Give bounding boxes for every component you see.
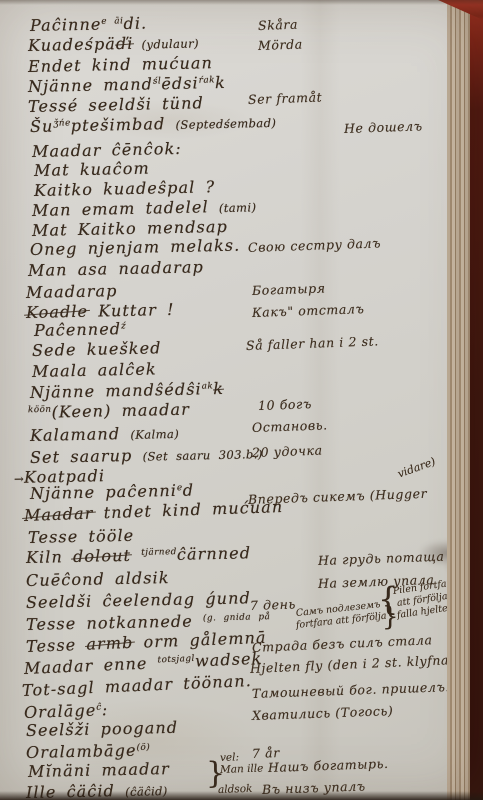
manuscript-photo: Paĉinnee āidi.SkåraKuadeśpäďi (ydulaur)M… bbox=[0, 0, 483, 800]
gloss-text: Så faller han i 2 st. bbox=[246, 333, 379, 353]
sami-text-segment: Tessé seeldši tünd bbox=[28, 93, 204, 116]
sami-text-segment bbox=[131, 546, 142, 565]
sami-text-segment: e āi bbox=[101, 16, 123, 26]
sami-text-segment: Seelšži poogand bbox=[26, 718, 179, 740]
manuscript-line: Maadarap bbox=[26, 281, 118, 302]
gloss-text: Какъ" отсталъ bbox=[252, 301, 365, 320]
gloss-text: Нашъ богатырь. bbox=[268, 756, 389, 775]
sami-text-segment: Kalamand bbox=[30, 424, 131, 445]
sami-text-segment: Kuadeśpä bbox=[28, 34, 116, 55]
gloss-text: Свою сестру далъ bbox=[248, 235, 382, 255]
manuscript-line: Njänne paĉennied bbox=[30, 481, 194, 503]
photo-shadow-bottom bbox=[0, 791, 483, 800]
brace-mark: } bbox=[382, 602, 399, 632]
sami-text-segment: Maala aalĉek bbox=[32, 359, 157, 381]
manuscript-line: Oralambāge(ö) bbox=[26, 740, 151, 762]
manuscript-line: Seeldši ĉeelendag ǵund bbox=[26, 588, 251, 612]
sami-text-segment: Njänne paĉenni bbox=[30, 481, 177, 503]
gloss-text: Mörda bbox=[258, 36, 303, 53]
manuscript-line: Seelšži poogand bbox=[26, 718, 179, 740]
manuscript-line: Kuadeśpäďi (ydulaur) bbox=[28, 32, 199, 55]
manuscript-line: Šuǯńeptešimbad (Septedśembad) bbox=[30, 112, 277, 136]
sami-text-segment: Njänne mand bbox=[28, 74, 153, 96]
gloss-text: Страда безъ силъ стала bbox=[252, 632, 433, 655]
sami-text-segment: armb bbox=[86, 633, 134, 654]
sami-text-segment: (ö) bbox=[136, 743, 150, 753]
sami-text-segment: k bbox=[215, 73, 226, 92]
sami-text-segment: ēdsi bbox=[161, 73, 199, 93]
gloss-text: На грудь потаща bbox=[318, 549, 445, 568]
sami-text-segment: ǯńe bbox=[53, 118, 71, 128]
margin-note: Man ille bbox=[220, 762, 264, 776]
manuscript-line: Maadar ĉēnĉok: bbox=[32, 139, 182, 161]
manuscript-line: Oneg njenjam melaks. bbox=[30, 236, 241, 259]
sami-text-segment: Njänne mandŝédŝi bbox=[30, 379, 202, 402]
sami-text-segment: Maadar ĉēnĉok: bbox=[32, 139, 182, 161]
sami-text-segment: (Keen) maadar bbox=[51, 400, 190, 422]
sami-text-segment: k bbox=[213, 379, 224, 398]
manuscript-line: Maala aalĉek bbox=[32, 359, 157, 381]
sami-text-segment: Oralambāge bbox=[26, 741, 137, 762]
sami-text-segment: Set saarup bbox=[30, 446, 143, 467]
book-page-edges bbox=[447, 0, 470, 800]
sami-text-segment: : bbox=[101, 700, 108, 719]
sami-text-segment: Mat kuaĉom bbox=[34, 159, 150, 180]
sami-text-segment: Maadarap bbox=[26, 281, 118, 302]
gloss-text: Skåra bbox=[258, 17, 299, 33]
sami-text-segment: → bbox=[14, 472, 24, 486]
sami-text-segment: tjärned bbox=[141, 547, 177, 558]
sami-text-segment: Sede kuešked bbox=[32, 338, 162, 360]
sami-text-segment: Maadar enne bbox=[24, 653, 159, 678]
sami-text-segment: Paĉenned bbox=[34, 319, 122, 340]
manuscript-line: Sede kuešked bbox=[32, 338, 162, 360]
sami-text-segment: (ydulaur) bbox=[133, 36, 199, 51]
manuscript-line: Paĉennedź bbox=[34, 319, 127, 340]
gloss-text: Остановь. bbox=[252, 417, 328, 435]
sami-text-segment: dolout bbox=[73, 546, 131, 566]
photo-shadow-top bbox=[0, 0, 483, 5]
sami-text-segment: di. bbox=[123, 14, 147, 33]
sami-text-segment: Kuttar ! bbox=[88, 300, 175, 321]
manuscript-line: Man asa naadarap bbox=[28, 257, 204, 280]
gloss-text: Хватились (Тогось) bbox=[252, 703, 394, 723]
manuscript-line: Set saarup (Set saaru 303.b.) bbox=[30, 443, 263, 467]
sami-text-segment: Endet kind mućuan bbox=[28, 53, 213, 76]
sami-text-segment: ďi bbox=[116, 34, 134, 53]
gloss-text: Ser framåt bbox=[248, 89, 323, 107]
sami-text-segment: Oneg njenjam melaks. bbox=[30, 236, 241, 259]
sami-text-segment: Seeldši ĉeelendag ǵund bbox=[26, 588, 251, 612]
sami-text-segment: ŕak bbox=[199, 75, 215, 85]
sami-text-segment: (Septedśembad) bbox=[175, 116, 276, 132]
sami-text-segment: ptešimbad bbox=[71, 114, 176, 135]
sami-text-segment: (Kalma) bbox=[130, 427, 179, 442]
sami-text-segment: Šu bbox=[30, 117, 54, 136]
manuscript-line: Tesse tööle bbox=[28, 526, 135, 547]
sami-text-segment: Paĉinne bbox=[30, 15, 102, 35]
gloss-text: Не дошелъ bbox=[344, 118, 423, 136]
sami-text-segment: ĉärnned bbox=[177, 543, 252, 564]
gloss-text: 20 удочка bbox=[252, 443, 323, 460]
manuscript-line: Cuēĉond aldsik bbox=[26, 568, 170, 590]
gloss-text: 7 år bbox=[252, 745, 280, 761]
sami-text-segment: ak bbox=[202, 381, 214, 391]
gloss-text: 10 богъ bbox=[258, 396, 312, 413]
sami-text-segment: Kaitko kuadeŝpal ? bbox=[34, 177, 216, 200]
sami-text-segment: Man emam tadelel bbox=[32, 197, 219, 220]
sami-text-segment: d bbox=[183, 481, 195, 500]
sami-text-segment: (tami) bbox=[219, 200, 257, 215]
sami-text-segment: ź bbox=[121, 321, 126, 331]
manuscript-line: Kaitko kuadeŝpal ? bbox=[34, 177, 216, 200]
sami-text-segment: köön bbox=[28, 405, 52, 415]
manuscript-line: Tessé seeldši tünd bbox=[28, 93, 204, 116]
sami-text-segment: Maadar bbox=[24, 504, 94, 525]
sami-text-segment: Cuēĉond aldsik bbox=[26, 568, 170, 590]
manuscript-line: Mat kuaĉom bbox=[34, 159, 150, 180]
manuscript-line: Mĭnäni maadar bbox=[28, 759, 170, 781]
manuscript-line: Kalamand (Kalma) bbox=[30, 423, 180, 445]
margin-note: vel: bbox=[220, 751, 239, 764]
sami-text-segment: totsjagl bbox=[157, 654, 195, 666]
gloss-text: Тамошневый бог. пришелъ. bbox=[252, 679, 450, 701]
margin-note: vidare) bbox=[396, 455, 437, 481]
sami-text-segment: Mĭnäni maadar bbox=[28, 759, 170, 781]
sami-text-segment: (g. gnida på bbox=[203, 612, 271, 623]
book-cover-edge bbox=[470, 0, 483, 800]
sami-text-segment: Koadle bbox=[26, 302, 89, 322]
sami-text-segment: (Set saaru 303.b.) bbox=[142, 447, 262, 464]
manuscript-line: Kiln dolout tjärnedĉärnned bbox=[26, 543, 251, 567]
sami-text-segment: Tesse tööle bbox=[28, 526, 135, 547]
sami-text-segment: Man asa naadarap bbox=[28, 257, 204, 280]
manuscript-line: Paĉinnee āidi. bbox=[30, 14, 148, 35]
gloss-text: Hjelten fly (den i 2 st. klyfna) bbox=[250, 652, 455, 676]
sami-text-segment: Kiln bbox=[26, 547, 73, 567]
gloss-text: Богатыря bbox=[252, 280, 326, 298]
manuscript-line: Njänne mandŝédŝiakk bbox=[30, 379, 225, 402]
manuscript-line: köön(Keen) maadar bbox=[28, 400, 190, 422]
manuscript-line: Endet kind mućuan bbox=[28, 53, 213, 76]
sami-text-segment: Tesse bbox=[26, 635, 87, 656]
